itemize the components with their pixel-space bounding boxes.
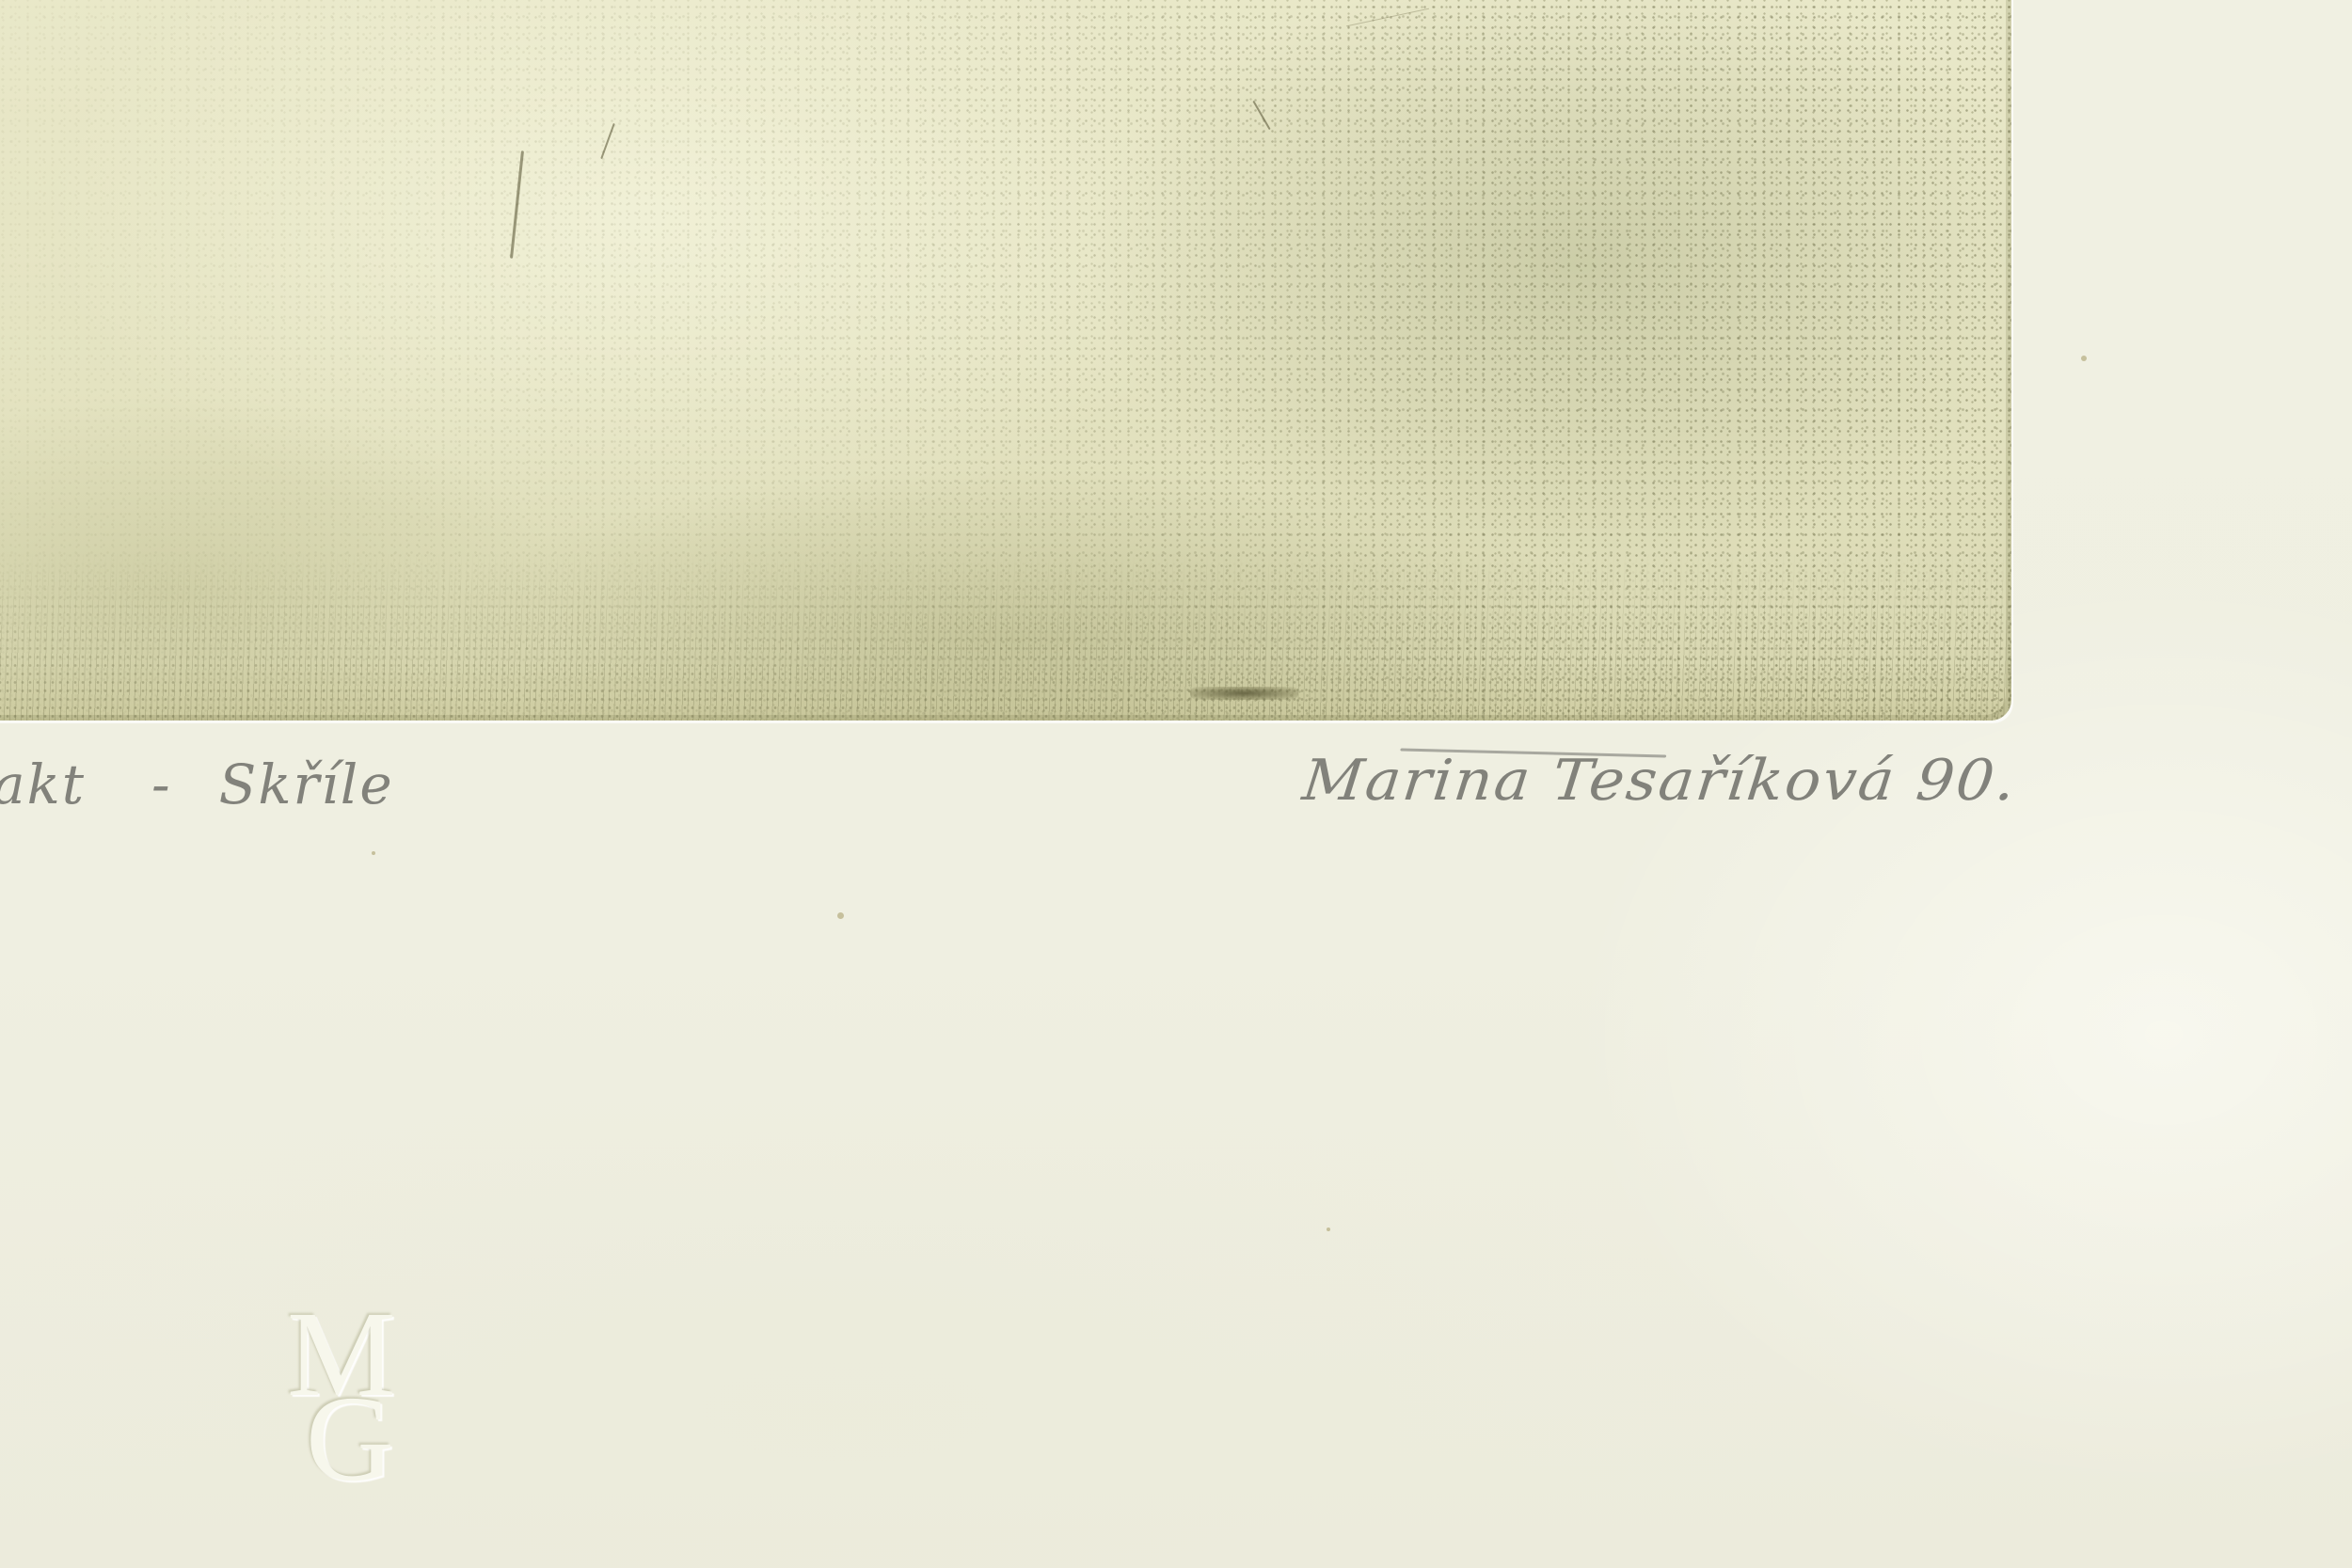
signature-year: 90. bbox=[1913, 748, 2020, 814]
plate-smudge bbox=[1190, 687, 1298, 700]
etched-plate-area bbox=[0, 0, 2011, 721]
title-inscription: akt-Skříle bbox=[0, 752, 394, 816]
paper-foxing-dot bbox=[372, 851, 375, 855]
title-right-fragment: Skříle bbox=[219, 752, 394, 816]
title-dash: - bbox=[151, 752, 172, 816]
paper-foxing-dot bbox=[2081, 356, 2087, 361]
paper-foxing-dot bbox=[1327, 1227, 1330, 1231]
paper-foxing-dot bbox=[837, 912, 844, 919]
blindstamp-letter-g: G bbox=[306, 1369, 394, 1510]
artwork-photo: akt-Skříle Marina Tesaříková 90. M G bbox=[0, 0, 2352, 1568]
title-left-fragment: akt bbox=[0, 752, 86, 816]
artist-signature: Marina Tesaříková 90. bbox=[1299, 748, 2020, 814]
signature-name: Marina Tesaříková bbox=[1299, 748, 1899, 814]
plate-bottom-texture bbox=[0, 551, 2011, 721]
blindstamp-monogram: M G bbox=[287, 1293, 428, 1500]
